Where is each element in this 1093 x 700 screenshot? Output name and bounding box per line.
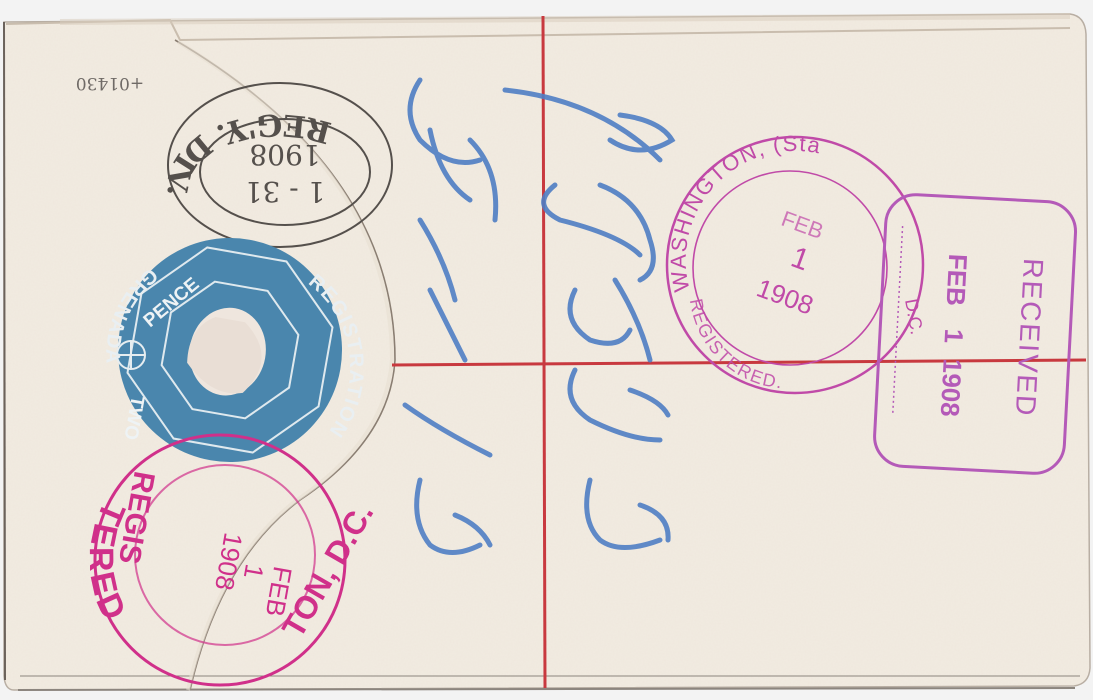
pencil-note: +01430 (76, 73, 144, 93)
registry-year: 1908 (249, 138, 320, 171)
received-day: 1 (939, 328, 970, 344)
crown-icon (117, 341, 145, 369)
received-month: FEB (941, 253, 974, 306)
registry-date-line: 1 - 31 (245, 175, 326, 208)
envelope-scan: +01430 REG'Y. DIV. 1 - 31 1908 REGISTRAT… (0, 0, 1093, 700)
received-year: 1908 (935, 358, 968, 417)
